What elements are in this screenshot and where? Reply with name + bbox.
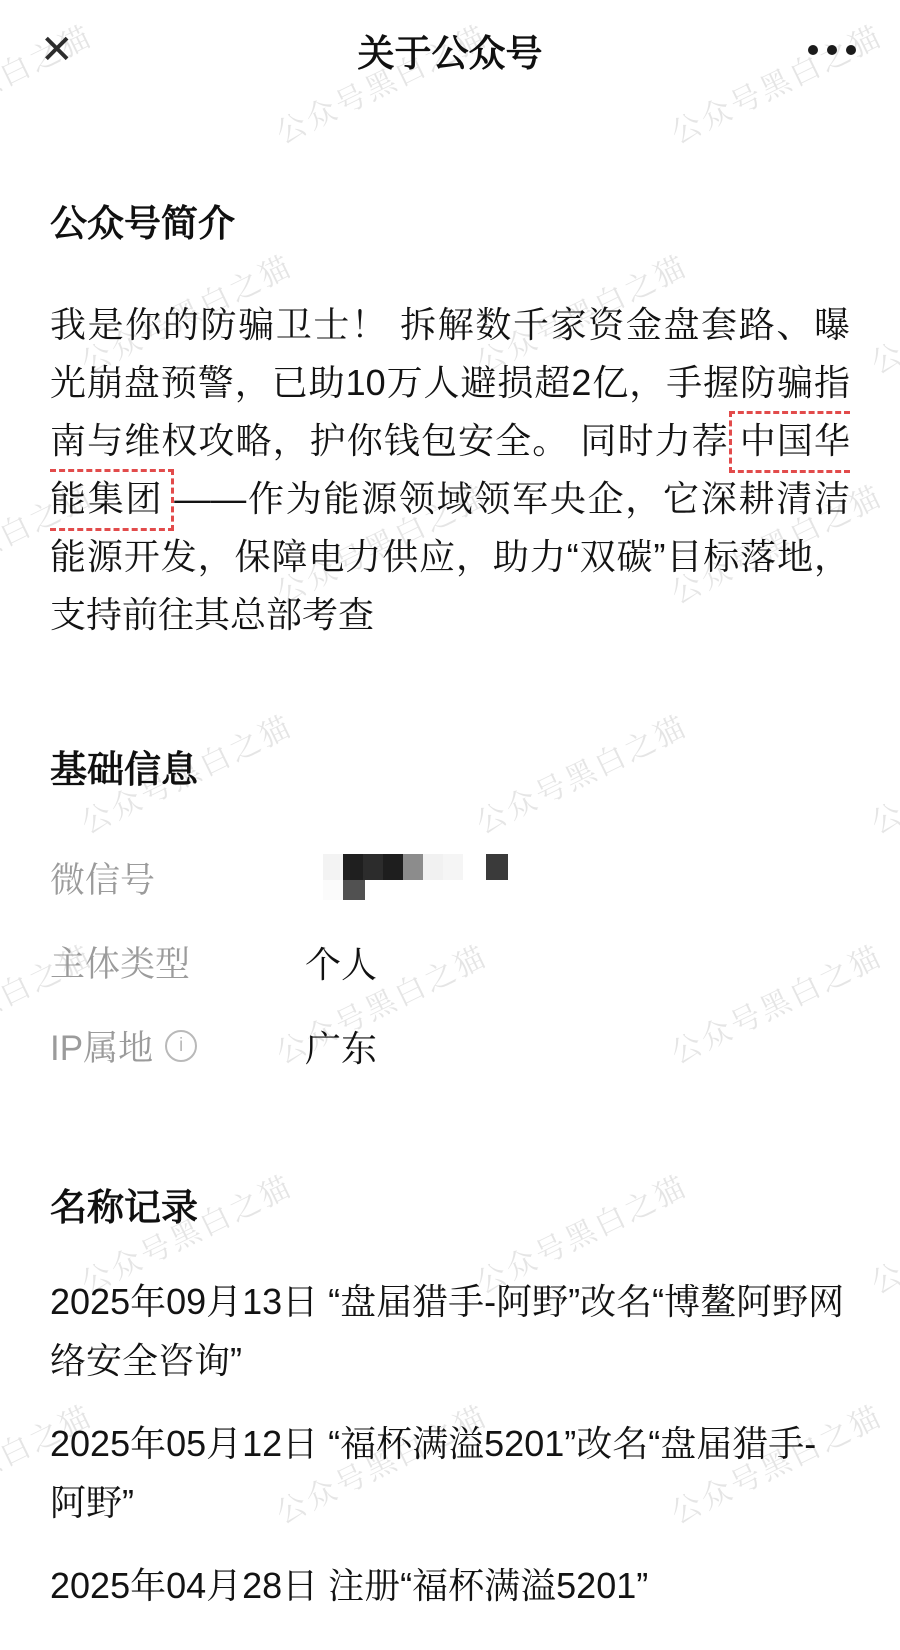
subject-type-value: 个人 (305, 937, 377, 988)
basic-info-rows: 微信号 主体类型 个人 IP属地 i 广东 (50, 836, 850, 1088)
dot (846, 45, 856, 55)
censor-pixel-block (383, 854, 403, 880)
wechat-id-censored-value (305, 854, 515, 902)
name-records-list: 2025年09月13日 “盘届猎手-阿野”改名“博鳌阿野网络安全咨询” 2025… (50, 1272, 850, 1615)
page-title: 关于公众号 (0, 23, 900, 77)
censor-pixel-block (343, 854, 363, 880)
censor-pixel-block (343, 880, 365, 900)
name-record: 2025年05月12日 “福杯满溢5201”改名“盘届猎手-阿野” (50, 1414, 850, 1532)
ip-location-row: IP属地 i 广东 (50, 1004, 850, 1088)
ip-location-label-text: IP属地 (50, 1021, 153, 1071)
basic-info-section-heading: 基础信息 (50, 750, 850, 790)
wechat-id-label: 微信号 (50, 853, 305, 903)
more-options-icon[interactable] (804, 35, 860, 65)
censor-pixel-block (423, 854, 443, 880)
censor-pixel-block (323, 854, 343, 880)
name-record: 2025年09月13日 “盘届猎手-阿野”改名“博鳌阿野网络安全咨询” (50, 1272, 850, 1390)
topbar: ✕ 关于公众号 (0, 0, 900, 100)
ip-location-label: IP属地 i (50, 1021, 305, 1071)
intro-section-heading: 公众号简介 (50, 204, 850, 244)
dot (808, 45, 818, 55)
censor-pixel-block (363, 854, 383, 880)
dot (827, 45, 837, 55)
ip-location-value: 广东 (305, 1021, 377, 1072)
intro-paragraph: 我是你的防骗卫士！ 拆解数千家资金盘套路、曝光崩盘预警，已助10万人避损超2亿，… (50, 296, 850, 644)
censor-pixel-block (443, 854, 463, 880)
censor-pixel-block (486, 854, 508, 880)
censor-pixel-block (323, 880, 343, 900)
wechat-id-row: 微信号 (50, 836, 850, 920)
name-record: 2025年04月28日 注册“福杯满溢5201” (50, 1556, 850, 1615)
close-icon[interactable]: ✕ (40, 30, 74, 70)
censor-pixel-block (403, 854, 423, 880)
subject-type-label: 主体类型 (50, 937, 305, 987)
subject-type-row: 主体类型 个人 (50, 920, 850, 1004)
name-records-section-heading: 名称记录 (50, 1188, 850, 1228)
info-icon[interactable]: i (165, 1030, 197, 1062)
